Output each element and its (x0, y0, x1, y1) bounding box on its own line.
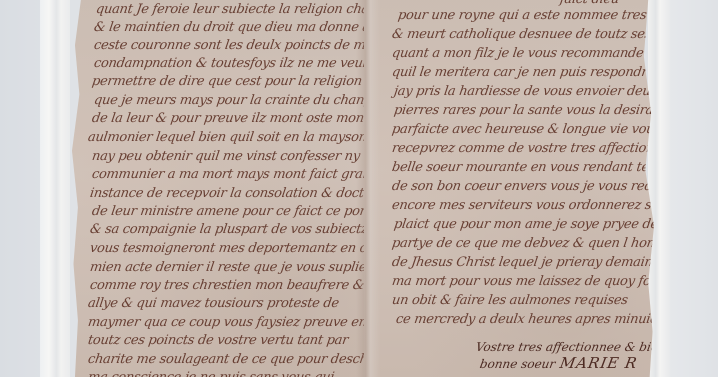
manuscript-line: jay pris la hardiesse de vous envoier de… (393, 84, 654, 99)
closing-line: Vostre tres affectionnee & bien (475, 340, 654, 354)
manuscript-line: & meurt catholique desnuee de toutz ses … (391, 27, 654, 42)
manuscript-line: un obit & faire les aulmones requises (391, 293, 629, 308)
manuscript-line: ma conscience je ne puis sans vous qui (87, 370, 335, 377)
wall-background-right (666, 0, 718, 377)
manuscript-line: quil le meritera car je nen puis respond… (391, 65, 654, 80)
manuscript-line: & sa compaignie la pluspart de vos subie… (89, 222, 368, 237)
manuscript-line: que je meurs mays pour la crainte du cha… (93, 93, 368, 108)
closing-line: bonne soeur (479, 357, 557, 371)
manuscript-line: charite me soulageant de ce que pour des… (87, 352, 368, 367)
manuscript-right-page: faict dieu pour une royne qui a este nom… (364, 0, 654, 377)
manuscript-line: instance de recepvoir la consolation & d… (89, 186, 368, 201)
manuscript-line: belle soeur mourante en vous rendant tes… (391, 160, 654, 175)
manuscript-line: ceste couronne sont les deulx poincts de… (93, 38, 368, 53)
manuscript-line: allye & qui mavez tousiours proteste de (87, 296, 340, 311)
manuscript-line: pierres rares pour la sante vous la desi… (393, 103, 654, 118)
frame-mat-left (40, 0, 70, 377)
manuscript-line: ce mercredy a deulx heures apres minuict (395, 312, 654, 327)
manuscript-line: condampnation & toutesfoys ilz ne me veu… (93, 56, 368, 71)
manuscript-line: permettre de dire que cest pour la relig… (91, 74, 368, 89)
manuscript-line: pour une royne qui a este nommee tres ch… (397, 8, 654, 23)
page-fold-seam (356, 0, 380, 377)
signature: MARIE R (558, 354, 639, 372)
manuscript-line: communier a ma mort mays mont faict gran… (91, 167, 368, 182)
manuscript-line: de son bon coeur envers vous je vous rec… (391, 179, 654, 194)
manuscript-line: de la leur & pour preuve ilz mont oste m… (91, 111, 365, 126)
manuscript-line: de leur ministre amene pour ce faict ce … (91, 204, 368, 219)
manuscript-line: plaict que pour mon ame je soye pryee de (393, 217, 654, 232)
manuscript-line: faict dieu (559, 0, 620, 7)
manuscript-line: vous tesmoigneront mes deportemantz en c… (89, 241, 368, 256)
manuscript-line: de Jhesus Christ lequel je prieray demai… (391, 255, 654, 270)
manuscript-left-page: quant Je feroie leur subiecte la religio… (72, 0, 368, 377)
manuscript-line: nay peu obtenir quil me vinst confesser … (91, 149, 361, 164)
manuscript-line: quant Je feroie leur subiecte la religio… (95, 2, 368, 17)
manuscript-line: encore mes serviteurs vous ordonnerez si… (391, 198, 654, 213)
manuscript-line: ma mort pour vous me laissez de quoy fon… (391, 274, 654, 289)
manuscript-line: & le maintien du droit que dieu ma donne… (93, 20, 368, 35)
manuscript-line: parfaicte avec heureuse & longue vie vou… (391, 122, 654, 137)
manuscript-line: toutz ces poincts de vostre vertu tant p… (87, 333, 349, 348)
manuscript-line: recepvrez comme de vostre tres affection… (391, 141, 654, 156)
wall-background-left (0, 0, 44, 377)
manuscript-line: quant a mon filz je le vous recommande a… (391, 46, 654, 61)
manuscript-line: comme roy tres chrestien mon beaufrere &… (89, 278, 368, 293)
manuscript-line: aulmonier lequel bien quil soit en la ma… (87, 130, 368, 145)
manuscript-line: maymer qua ce coup vous faysiez preuve e… (87, 315, 368, 330)
manuscript-line: partye de ce que me debvez & quen l honn… (391, 236, 654, 251)
manuscript-line: mien acte dernier il reste que je vous s… (89, 260, 367, 275)
